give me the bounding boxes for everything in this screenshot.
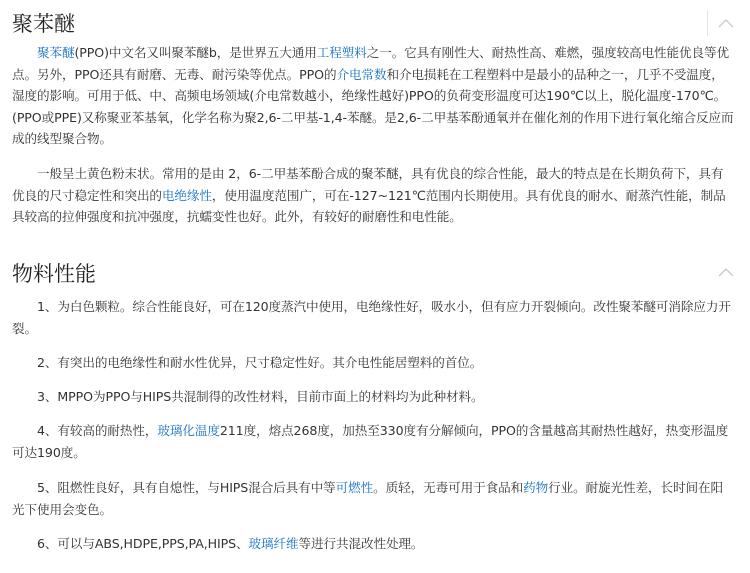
inline-link[interactable]: 电绝缘性 xyxy=(162,188,212,203)
paragraph-text: 5、阻燃性良好，具有自熄性，与HIPS混合后具有中等 xyxy=(37,480,336,495)
paragraph-text: 等进行共混改性处理。 xyxy=(298,536,423,551)
paragraph: 一般呈土黄色粉末状。常用的是由 2，6-二甲基苯酚合成的聚苯醚，具有优良的综合性… xyxy=(12,163,734,228)
inline-link[interactable]: 工程塑料 xyxy=(317,45,367,60)
divider xyxy=(707,10,708,36)
list-item: 1、为白色颗粒。综合性能良好，可在120度蒸汽中使用，电绝缘性好，吸水小，但有应… xyxy=(12,296,734,339)
chevron-up-icon xyxy=(714,261,738,285)
paragraph-text: 2、有突出的电绝缘性和耐水性优异，尺寸稳定性好。其介电性能居塑料的首位。 xyxy=(37,355,482,370)
paragraph-text: 4、有较高的耐热性， xyxy=(37,423,157,438)
paragraph: 聚苯醚(PPO)中文名又叫聚苯醚b，是世界五大通用工程塑料之一。它具有刚性大、耐… xyxy=(12,42,734,150)
inline-link[interactable]: 介电常数 xyxy=(336,67,386,82)
inline-link[interactable]: 玻璃纤维 xyxy=(249,536,299,551)
paragraph-text: (PPO)中文名又叫聚苯醚b，是世界五大通用 xyxy=(74,45,316,60)
chevron-up-icon xyxy=(714,12,738,36)
collapse-button[interactable] xyxy=(714,12,738,36)
section-title: 物料性能 xyxy=(12,260,96,288)
list-item: 4、有较高的耐热性，玻璃化温度211度，熔点268度，加热至330度有分解倾向，… xyxy=(12,420,734,463)
inline-link[interactable]: 可燃性 xyxy=(336,480,373,495)
list-item: 6、可以与ABS,HDPE,PPS,PA,HIPS、玻璃纤维等进行共混改性处理。 xyxy=(12,533,734,555)
paragraph-text: 1、为白色颗粒。综合性能良好，可在120度蒸汽中使用，电绝缘性好，吸水小，但有应… xyxy=(12,299,731,336)
list-item: 3、MPPO为PPO与HIPS共混制得的改性材料，目前市面上的材料均为此种材料。 xyxy=(12,386,734,408)
collapse-button[interactable] xyxy=(714,261,738,285)
list-item: 5、阻燃性良好，具有自熄性，与HIPS混合后具有中等可燃性。质轻，无毒可用于食品… xyxy=(12,477,734,520)
list-item: 2、有突出的电绝缘性和耐水性优异，尺寸稳定性好。其介电性能居塑料的首位。 xyxy=(12,352,734,374)
inline-link[interactable]: 聚苯醚 xyxy=(37,45,74,60)
inline-link[interactable]: 药物 xyxy=(523,480,548,495)
section-title: 聚苯醚 xyxy=(12,10,75,38)
paragraph-text: 。质轻，无毒可用于食品和 xyxy=(373,480,523,495)
section-header-properties: 物料性能 xyxy=(0,258,750,288)
paragraph-text: 3、MPPO为PPO与HIPS共混制得的改性材料，目前市面上的材料均为此种材料。 xyxy=(37,389,483,404)
section-header-ppo: 聚苯醚 xyxy=(0,8,750,38)
inline-link[interactable]: 玻璃化温度 xyxy=(157,423,219,438)
paragraph-text: 6、可以与ABS,HDPE,PPS,PA,HIPS、 xyxy=(37,536,249,551)
